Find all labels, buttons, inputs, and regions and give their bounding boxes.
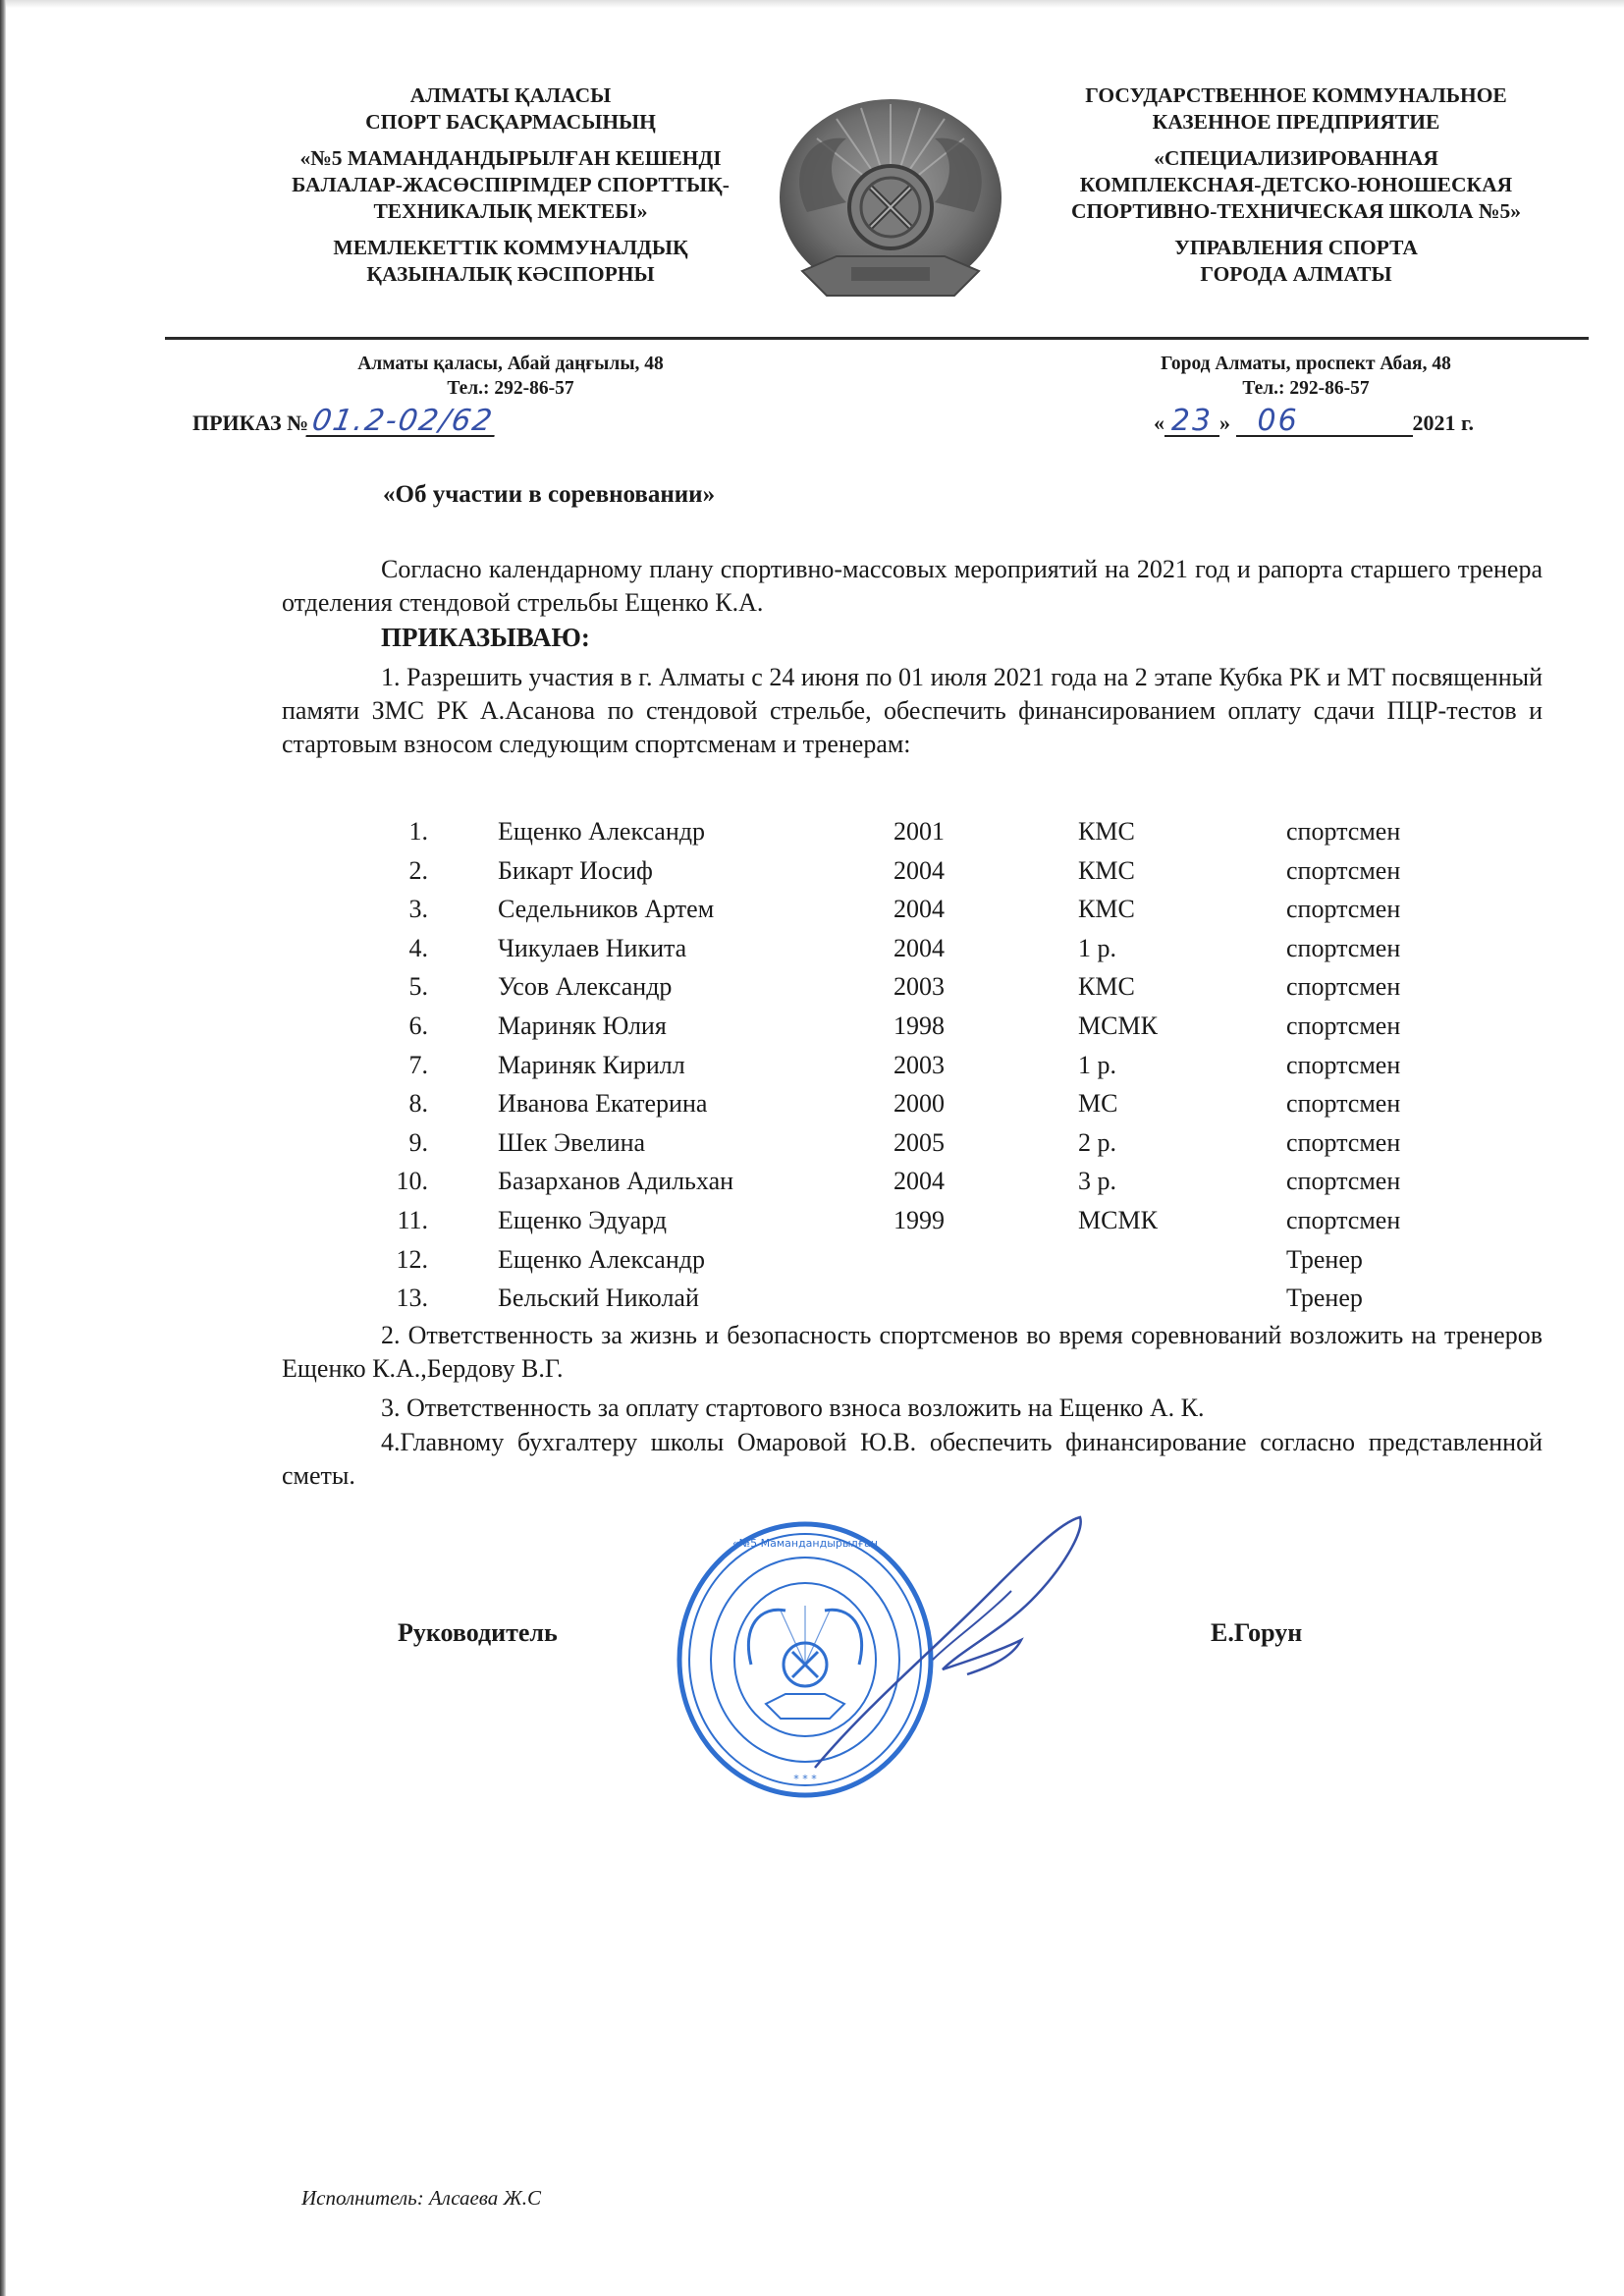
participant-name: Иванова Екатерина xyxy=(498,1089,707,1119)
participant-role: спортсмен xyxy=(1286,1051,1400,1080)
scan-left-edge xyxy=(0,0,6,2296)
participant-role: спортсмен xyxy=(1286,1167,1400,1196)
header-line: ҚАЗЫНАЛЫҚ КӘСІПОРНЫ xyxy=(245,261,776,288)
header-line: АЛМАТЫ ҚАЛАСЫ xyxy=(245,82,776,109)
participant-name: Седельников Артем xyxy=(498,895,714,924)
participant-role: спортсмен xyxy=(1286,1089,1400,1119)
participant-name: Мариняк Кирилл xyxy=(498,1051,685,1080)
header-russian: ГОСУДАРСТВЕННОЕ КОММУНАЛЬНОЕ КАЗЕННОЕ ПР… xyxy=(1021,82,1571,298)
sport-rank: 1 р. xyxy=(1078,934,1116,963)
state-emblem-icon xyxy=(768,94,1013,310)
header-line: СПОРТИВНО-ТЕХНИЧЕСКАЯ ШКОЛА №5» xyxy=(1021,198,1571,225)
sport-rank: 3 р. xyxy=(1078,1167,1116,1196)
header-line: «СПЕЦИАЛИЗИРОВАННАЯ xyxy=(1021,145,1571,172)
header-ru-block3: УПРАВЛЕНИЯ СПОРТА ГОРОДА АЛМАТЫ xyxy=(1021,235,1571,288)
header-kz-block3: МЕМЛЕКЕТТІК КОММУНАЛДЫҚ ҚАЗЫНАЛЫҚ КӘСІПО… xyxy=(245,235,776,288)
sport-rank: КМС xyxy=(1078,895,1135,924)
preamble: Согласно календарному плану спортивно-ма… xyxy=(282,553,1543,620)
handwritten-signature xyxy=(785,1512,1110,1777)
header-kz-block1: АЛМАТЫ ҚАЛАСЫ СПОРТ БАСҚАРМАСЫНЫҢ xyxy=(245,82,776,136)
item-2: 2. Ответственность за жизнь и безопаснос… xyxy=(282,1319,1543,1386)
scan-top-shadow xyxy=(0,0,1624,8)
birth-year: 1998 xyxy=(893,1011,945,1041)
participant-name: Шек Эвелина xyxy=(498,1128,645,1158)
order-number-handwritten: 01.2-02/62 xyxy=(306,408,500,437)
sport-rank: МС xyxy=(1078,1089,1117,1119)
sport-rank: 1 р. xyxy=(1078,1051,1116,1080)
participant-role: спортсмен xyxy=(1286,817,1400,847)
row-number: 9. xyxy=(385,1128,428,1158)
row-number: 3. xyxy=(385,895,428,924)
participant-name: Мариняк Юлия xyxy=(498,1011,667,1041)
item-4: 4.Главному бухгалтеру школы Омаровой Ю.В… xyxy=(282,1426,1543,1493)
birth-year: 2004 xyxy=(893,895,945,924)
participant-role: спортсмен xyxy=(1286,1011,1400,1041)
participant-name: Усов Александр xyxy=(498,972,672,1002)
sport-rank: 2 р. xyxy=(1078,1128,1116,1158)
row-number: 12. xyxy=(385,1245,428,1275)
participant-role: спортсмен xyxy=(1286,934,1400,963)
sport-rank: МСМК xyxy=(1078,1011,1158,1041)
item-3: 3. Ответственность за оплату стартового … xyxy=(282,1392,1543,1425)
order-date: «23» 062021 г. xyxy=(1154,408,1474,437)
date-year: 2021 г. xyxy=(1413,410,1475,435)
participant-role: спортсмен xyxy=(1286,972,1400,1002)
header-kazakh: АЛМАТЫ ҚАЛАСЫ СПОРТ БАСҚАРМАСЫНЫҢ «№5 МА… xyxy=(245,82,776,298)
document-title: «Об участии в соревновании» xyxy=(383,481,715,509)
address-kazakh: Алматы қаласы, Абай даңғылы, 48 Тел.: 29… xyxy=(295,352,727,401)
birth-year: 2003 xyxy=(893,972,945,1002)
header-line: ТЕХНИКАЛЫҚ МЕКТЕБІ» xyxy=(245,198,776,225)
header-ru-block2: «СПЕЦИАЛИЗИРОВАННАЯ КОМПЛЕКСНАЯ-ДЕТСКО-Ю… xyxy=(1021,145,1571,225)
participant-name: Бикарт Иосиф xyxy=(498,856,653,886)
header-ru-block1: ГОСУДАРСТВЕННОЕ КОММУНАЛЬНОЕ КАЗЕННОЕ ПР… xyxy=(1021,82,1571,136)
birth-year: 1999 xyxy=(893,1206,945,1235)
row-number: 11. xyxy=(385,1206,428,1235)
signatory-name: Е.Горун xyxy=(1211,1618,1302,1648)
header-line: ГОРОДА АЛМАТЫ xyxy=(1021,261,1571,288)
participant-name: Бельский Николай xyxy=(498,1284,699,1313)
header-line: СПОРТ БАСҚАРМАСЫНЫҢ xyxy=(245,109,776,136)
participant-role: Тренер xyxy=(1286,1284,1363,1313)
participant-name: Ещенко Александр xyxy=(498,1245,705,1275)
participant-name: Ещенко Александр xyxy=(498,817,705,847)
participant-role: спортсмен xyxy=(1286,1206,1400,1235)
header-line: КАЗЕННОЕ ПРЕДПРИЯТИЕ xyxy=(1021,109,1571,136)
executor: Исполнитель: Алсаева Ж.С xyxy=(301,2186,541,2211)
address-phone: Тел.: 292-86-57 xyxy=(295,376,727,401)
address-line: Алматы қаласы, Абай даңғылы, 48 xyxy=(295,352,727,376)
sport-rank: МСМК xyxy=(1078,1206,1158,1235)
sport-rank: КМС xyxy=(1078,856,1135,886)
address-russian: Город Алматы, проспект Абая, 48 Тел.: 29… xyxy=(1100,352,1512,401)
item-1: 1. Разрешить участия в г. Алматы с 24 ию… xyxy=(282,661,1543,761)
participant-name: Базарханов Адильхан xyxy=(498,1167,733,1196)
participant-role: спортсмен xyxy=(1286,1128,1400,1158)
date-month-handwritten: 06 xyxy=(1236,408,1413,437)
birth-year: 2004 xyxy=(893,1167,945,1196)
header-line: ГОСУДАРСТВЕННОЕ КОММУНАЛЬНОЕ xyxy=(1021,82,1571,109)
header-line: «№5 МАМАНДАНДЫРЫЛҒАН КЕШЕНДІ xyxy=(245,145,776,172)
header-line: БАЛАЛАР-ЖАСӨСПІРІМДЕР СПОРТТЫҚ- xyxy=(245,172,776,198)
quote-open: « xyxy=(1154,410,1164,435)
row-number: 5. xyxy=(385,972,428,1002)
participant-name: Ещенко Эдуард xyxy=(498,1206,667,1235)
row-number: 1. xyxy=(385,817,428,847)
row-number: 6. xyxy=(385,1011,428,1041)
header-kz-block2: «№5 МАМАНДАНДЫРЫЛҒАН КЕШЕНДІ БАЛАЛАР-ЖАС… xyxy=(245,145,776,225)
birth-year: 2004 xyxy=(893,934,945,963)
header-line: КОМПЛЕКСНАЯ-ДЕТСКО-ЮНОШЕСКАЯ xyxy=(1021,172,1571,198)
sport-rank: КМС xyxy=(1078,817,1135,847)
header-line: УПРАВЛЕНИЯ СПОРТА xyxy=(1021,235,1571,261)
address-line: Город Алматы, проспект Абая, 48 xyxy=(1100,352,1512,376)
date-day-handwritten: 23 xyxy=(1164,408,1219,437)
row-number: 7. xyxy=(385,1051,428,1080)
header-divider xyxy=(165,337,1589,340)
birth-year: 2004 xyxy=(893,856,945,886)
signatory-position: Руководитель xyxy=(398,1618,558,1648)
sport-rank: КМС xyxy=(1078,972,1135,1002)
participant-role: спортсмен xyxy=(1286,895,1400,924)
address-phone: Тел.: 292-86-57 xyxy=(1100,376,1512,401)
row-number: 13. xyxy=(385,1284,428,1313)
row-number: 8. xyxy=(385,1089,428,1119)
birth-year: 2005 xyxy=(893,1128,945,1158)
participant-name: Чикулаев Никита xyxy=(498,934,686,963)
birth-year: 2003 xyxy=(893,1051,945,1080)
row-number: 10. xyxy=(385,1167,428,1196)
row-number: 2. xyxy=(385,856,428,886)
birth-year: 2000 xyxy=(893,1089,945,1119)
decree-heading: ПРИКАЗЫВАЮ: xyxy=(381,623,590,653)
participant-role: Тренер xyxy=(1286,1245,1363,1275)
order-label: ПРИКАЗ № xyxy=(192,410,308,435)
participant-role: спортсмен xyxy=(1286,856,1400,886)
birth-year: 2001 xyxy=(893,817,945,847)
row-number: 4. xyxy=(385,934,428,963)
order-number: ПРИКАЗ №01.2-02/62 xyxy=(192,408,497,437)
quote-close: » xyxy=(1219,410,1230,435)
header-line: МЕМЛЕКЕТТІК КОММУНАЛДЫҚ xyxy=(245,235,776,261)
